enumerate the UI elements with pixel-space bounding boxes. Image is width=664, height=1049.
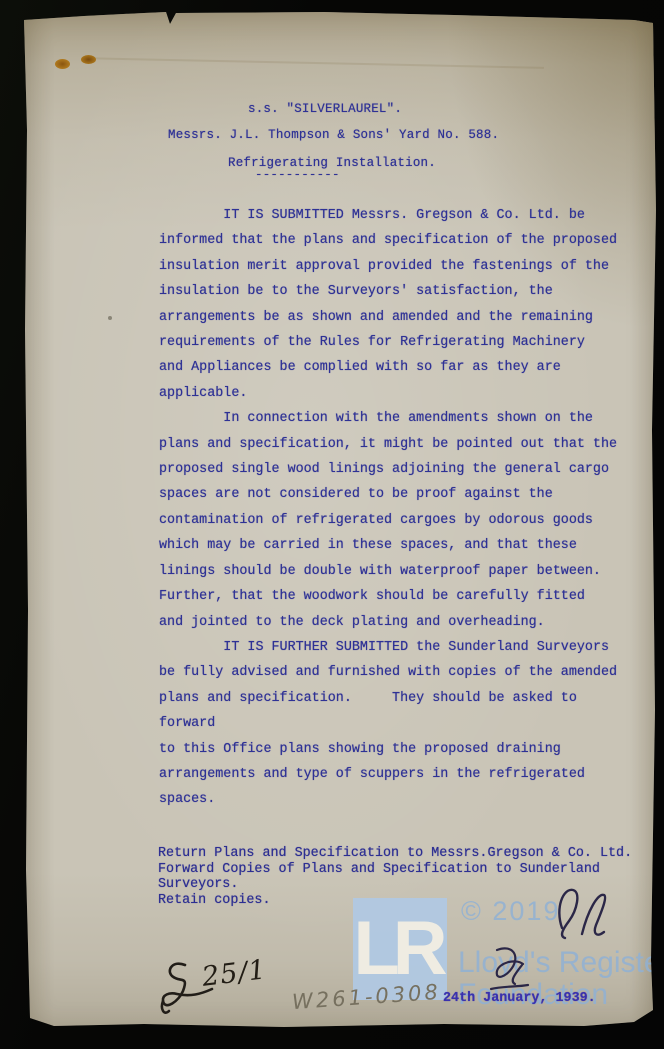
document-page: s.s. "SILVERLAUREL". Messrs. J.L. Thomps… [24,10,656,1032]
routing-line-return: Return Plans and Specification to Messrs… [158,846,632,862]
body-text: IT IS SUBMITTED Messrs. Gregson & Co. Lt… [159,203,637,813]
pencil-archive-ref: W261-0308 [291,980,441,1014]
rust-mark-2 [81,55,96,64]
signature-initials-lower [484,940,536,996]
body-paragraph-3: IT IS FURTHER SUBMITTED the Sunderland S… [159,635,637,813]
header-underline: ----------- [255,168,340,182]
signature-initials-upper [546,880,618,954]
rust-mark-1 [55,59,70,69]
body-paragraph-1: IT IS SUBMITTED Messrs. Gregson & Co. Lt… [159,203,637,406]
handwritten-ledger-ref: 25/1 [200,954,268,993]
lr-logo-text: LR [353,911,440,987]
body-paragraph-2: In connection with the amendments shown … [159,406,637,635]
routing-line-forward: Forward Copies of Plans and Specificatio… [158,862,632,878]
paper-speck [108,316,112,320]
paper-crease [84,57,544,69]
ship-name-line: s.s. "SILVERLAUREL". [248,102,402,116]
yard-line: Messrs. J.L. Thompson & Sons' Yard No. 5… [168,128,499,142]
scan-background: s.s. "SILVERLAUREL". Messrs. J.L. Thomps… [0,0,664,1049]
